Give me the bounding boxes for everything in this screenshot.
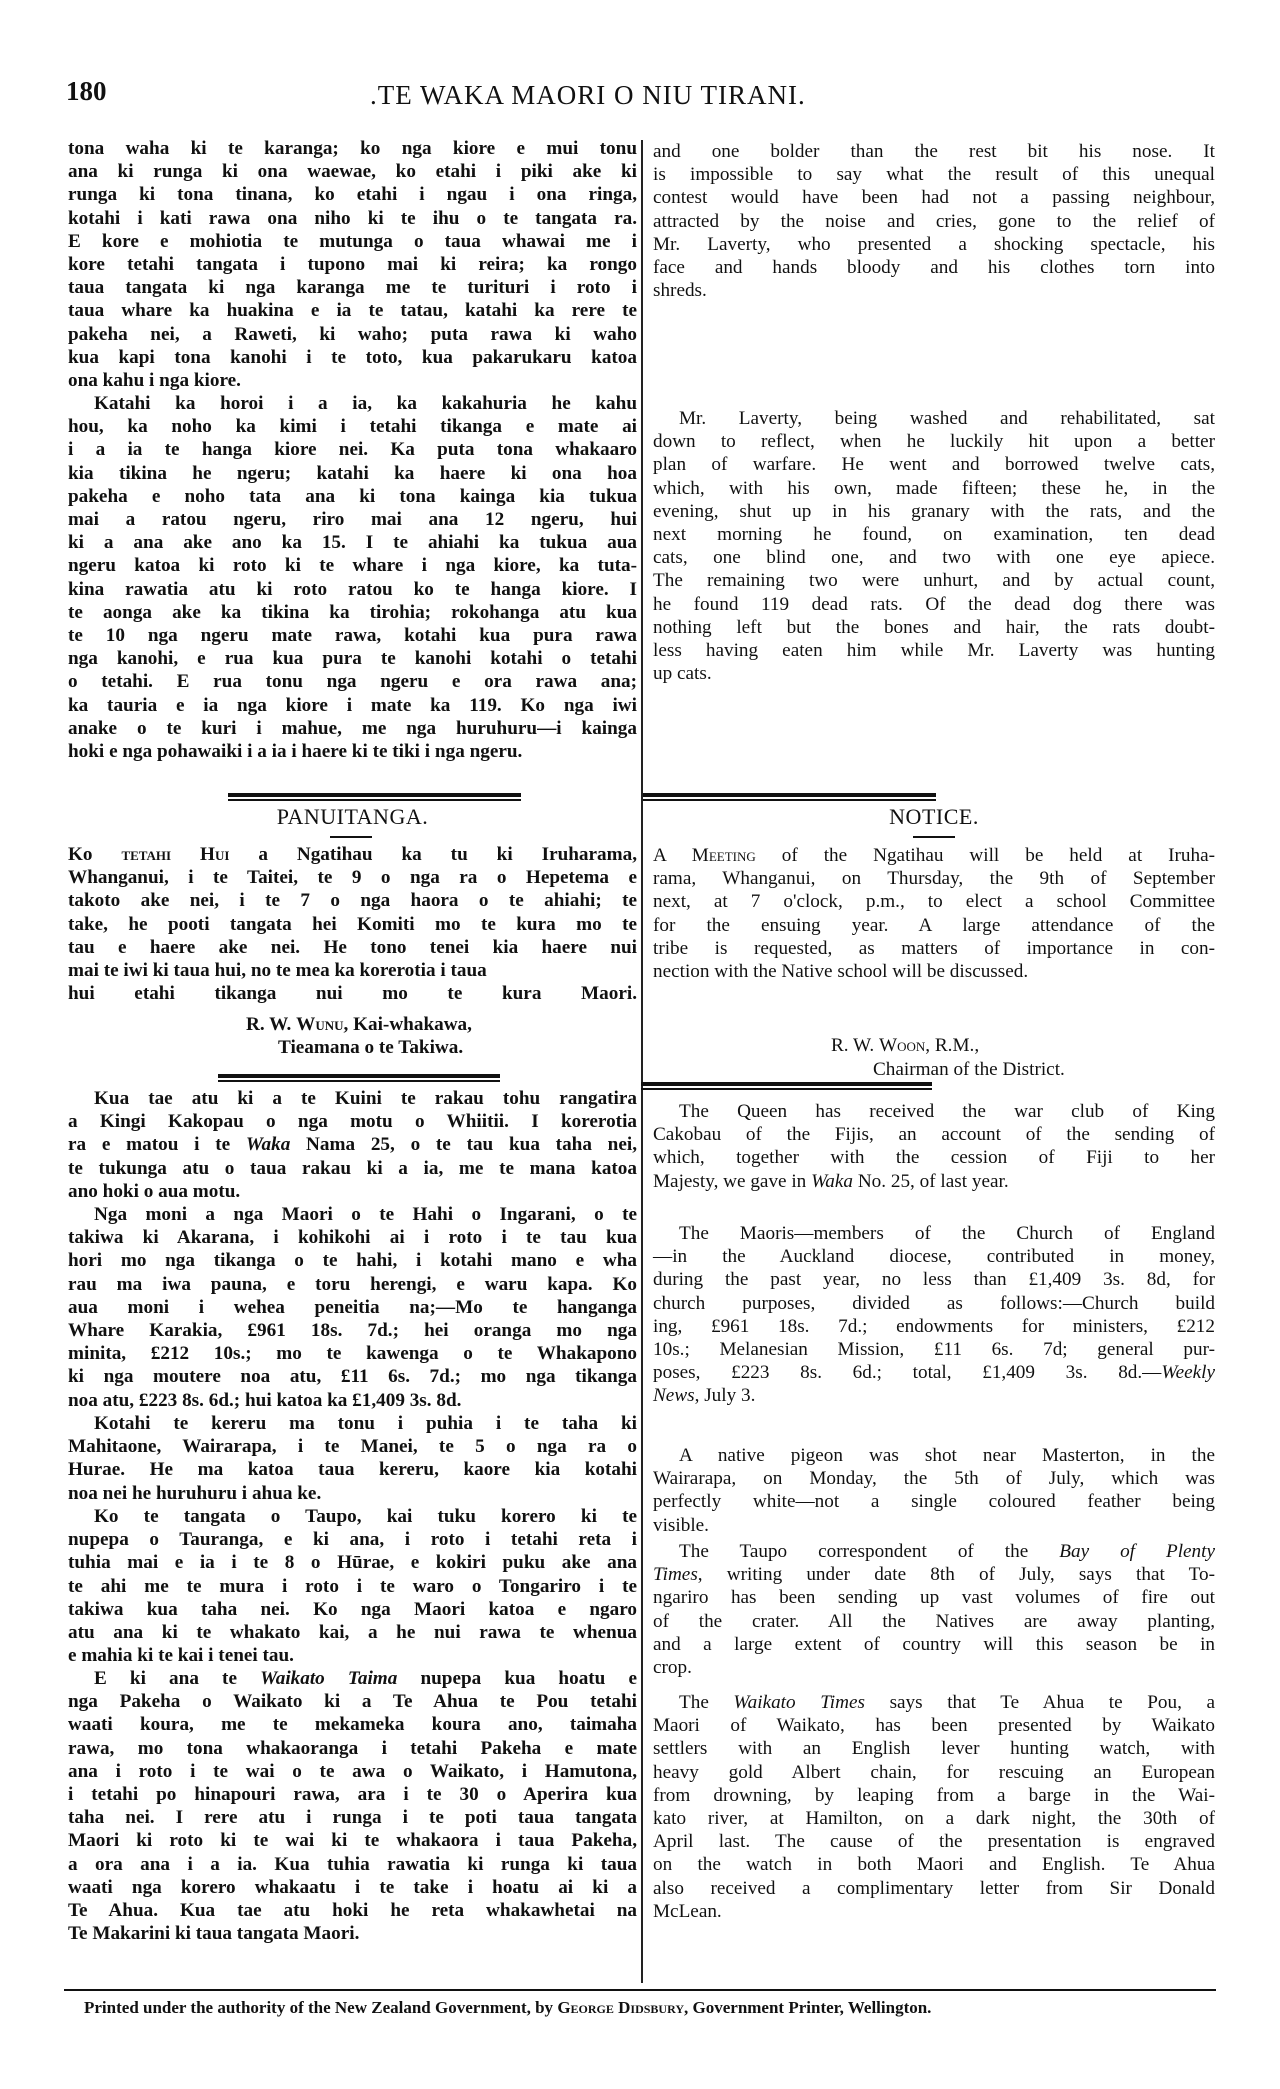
text-line: Mr. Laverty, who presented a shocking sp… <box>653 233 1215 256</box>
text-line: Te Makarini ki taua tangata Maori. <box>68 1922 637 1945</box>
text-line: up cats. <box>653 662 1215 685</box>
text-line: taua tangata ki nga karanga me te turitu… <box>68 276 637 299</box>
text-line: The Queen has received the war club of K… <box>653 1100 1215 1123</box>
maori-story-continued: tona waha ki te karanga; ko nga kiore e … <box>68 137 637 763</box>
text-line: Wairarapa, on Monday, the 5th of July, w… <box>653 1467 1215 1490</box>
lead-word: A <box>653 845 666 866</box>
notice-line: a Ngatihau ka tu ki Iruharama, <box>229 844 637 865</box>
text-line: tau e haere ake nei. He tono tenei kia h… <box>68 936 637 959</box>
sig-role: , R.M., <box>925 1035 979 1056</box>
text-line: ki nga moutere noa atu, £11 6s. 7d.; mo … <box>68 1365 637 1388</box>
news-moni: Nga moni a nga Maori o te Hahi o Ingaran… <box>68 1203 637 1412</box>
panuitanga-notice: Ko tetahi Hui a Ngatihau ka tu ki Iruhar… <box>68 843 637 1005</box>
section-rule <box>643 793 936 801</box>
printer-footer: Printed under the authority of the New Z… <box>84 1998 931 2018</box>
text-line: rawa, mo tona whakaoranga i tetahi Pakeh… <box>68 1737 637 1760</box>
text-line: ana ki runga ki ona waewae, ko etahi i p… <box>68 160 637 183</box>
text-line: Whanganui, i te Taitei, te 9 o nga ra o … <box>68 866 637 889</box>
text-line: Mahitaone, Wairarapa, i te Manei, te 5 o… <box>68 1435 637 1458</box>
text-line: Times, writing under date 8th of July, s… <box>653 1563 1215 1586</box>
text-line: a Kingi Kakopau o nga motu o Whiitii. I … <box>68 1110 637 1133</box>
text-line: taha nei. I rere atu i runga i te poti t… <box>68 1806 637 1829</box>
text-line: plan of warfare. He went and borrowed tw… <box>653 453 1215 476</box>
text-line: ka tauria e ia nga kiore i mate ka 119. … <box>68 694 637 717</box>
notice-signature: R. W. Woon, R.M., <box>831 1034 979 1057</box>
text-line: kua kapi tona kanohi i te toto, kua paka… <box>68 346 637 369</box>
printer-name: George Didsbury <box>557 1998 684 2017</box>
text-line: takoto ake nei, i te 7 o nga haora o te … <box>68 889 637 912</box>
notice-lines: rama, Whanganui, on Thursday, the 9th of… <box>653 867 1215 983</box>
text-line: Maori of Waikato, has been presented by … <box>653 1714 1215 1737</box>
text-line: rau ma iwa pauna, e toru herengi, e waru… <box>68 1273 637 1296</box>
text-line: pakeha e noho tata ana ki tona kainga ki… <box>68 485 637 508</box>
notice-line: of the Ngatihau will be held at Iruha- <box>756 845 1215 866</box>
text-line: takiwa ki Akarana, i kohikohi ai i roto … <box>68 1226 637 1249</box>
text-line: tona waha ki te karanga; ko nga kiore e … <box>68 137 637 160</box>
text-line: from drowning, by leaping from a barge i… <box>653 1784 1215 1807</box>
section-rule <box>641 1082 932 1090</box>
text-line: nection with the Native school will be d… <box>653 960 1215 983</box>
text-line: a ora ana i a ia. Kua tuhia rawatia ki r… <box>68 1853 637 1876</box>
text-line: taua whare ka huakina e ia te tatau, kat… <box>68 299 637 322</box>
text-line: E ki ana te Waikato Taima nupepa kua hoa… <box>68 1667 637 1690</box>
text-line: runga ki tona tinana, ko etahi i ngau i … <box>68 183 637 206</box>
text-line: and a large extent of country will this … <box>653 1633 1215 1656</box>
text-line: A native pigeon was shot near Masterton,… <box>653 1444 1215 1467</box>
text-line: o tetahi. E rua tonu nga ngeru e ora raw… <box>68 670 637 693</box>
text-line: Cakobau of the Fijis, an account of the … <box>653 1123 1215 1146</box>
text-line: waati nga korero whakaatu i te take i ho… <box>68 1876 637 1899</box>
text-line: hori mo nga tikanga o te hahi, i kotahi … <box>68 1249 637 1272</box>
text-line: rama, Whanganui, on Thursday, the 9th of… <box>653 867 1215 890</box>
text-line: ana i roto i te wai o te awa o Waikato, … <box>68 1760 637 1783</box>
text-line: mai te iwi ki taua hui, no te mea ka kor… <box>68 959 637 982</box>
text-line: Mr. Laverty, being washed and rehabilita… <box>653 407 1215 430</box>
text-line: pakeha nei, a Raweti, ki waho; puta rawa… <box>68 323 637 346</box>
text-line: settlers with an English lever hunting w… <box>653 1737 1215 1760</box>
text-line: minita, £212 10s.; mo te kawenga o te Wh… <box>68 1342 637 1365</box>
panuitanga-signature-title: Tieamana o te Takiwa. <box>278 1036 463 1059</box>
heading-underline <box>913 836 955 838</box>
text-line: heavy gold Albert chain, for rescuing an… <box>653 1761 1215 1784</box>
text-line: April last. The cause of the presentatio… <box>653 1830 1215 1853</box>
text-line: kore tetahi tangata i tupono mai ki reir… <box>68 253 637 276</box>
text-line: also received a complimentary letter fro… <box>653 1877 1215 1900</box>
text-line: te ahi me te mura i roto i te waro o Ton… <box>68 1575 637 1598</box>
text-line: News, July 3. <box>653 1384 1215 1407</box>
text-line: kotahi i kati rawa ona niho ki te ihu o … <box>68 207 637 230</box>
text-line: The Taupo correspondent of the Bay of Pl… <box>653 1540 1215 1563</box>
footer-rule <box>64 1989 1216 1991</box>
footer-text: Printed under the authority of the New Z… <box>84 1998 557 2017</box>
notice-first-line: Ko tetahi Hui a Ngatihau ka tu ki Iruhar… <box>68 843 637 866</box>
news-pigeon: A native pigeon was shot near Masterton,… <box>653 1444 1215 1537</box>
news-maoris: The Maoris—members of the Church of Engl… <box>653 1222 1215 1408</box>
panuitanga-heading: PANUITANGA. <box>68 805 637 828</box>
text-line: Majesty, we gave in Waka No. 25, of last… <box>653 1170 1215 1193</box>
text-line: cats, one blind one, and two with one ey… <box>653 546 1215 569</box>
text-line: E kore e mohiotia te mutunga o taua whaw… <box>68 230 637 253</box>
text-line: te tukunga atu o taua rakau ki a ia, me … <box>68 1157 637 1180</box>
text-line: of the crater. All the Natives are away … <box>653 1610 1215 1633</box>
text-line: take, he pooti tangata hei Komiti mo te … <box>68 913 637 936</box>
text-line: Katahi ka horoi i a ia, ka kakahuria he … <box>68 392 637 415</box>
notice-first-line: A Meeting of the Ngatihau will be held a… <box>653 844 1215 867</box>
text-line: visible. <box>653 1514 1215 1537</box>
masthead-title: .TE WAKA MAORI O NIU TIRANI. <box>370 80 806 111</box>
text-line: tuhia mai e ia i te 8 o Hūrae, e kokiri … <box>68 1551 637 1574</box>
text-line: hui etahi tikanga nui mo te kura Maori. <box>68 982 637 1005</box>
text-line: aua moni i wehea peneitia na;—Mo te hang… <box>68 1296 637 1319</box>
text-line: is impossible to say what the result of … <box>653 163 1215 186</box>
text-line: next, at 7 o'clock, p.m., to elect a sch… <box>653 890 1215 913</box>
text-line: Kotahi te kereru ma tonu i puhia i te ta… <box>68 1412 637 1435</box>
text-line: noa atu, £223 8s. 6d.; hui katoa ka £1,4… <box>68 1389 637 1412</box>
text-line: 10s.; Melanesian Mission, £11 6s. 7d; ge… <box>653 1338 1215 1361</box>
text-line: ano hoki o aua motu. <box>68 1180 637 1203</box>
sig-name: Wunu <box>296 1014 343 1035</box>
sig-prefix: R. W. <box>246 1014 291 1035</box>
text-line: on the watch in both Maori and English. … <box>653 1853 1215 1876</box>
lead-smallcaps: tetahi <box>121 844 171 865</box>
text-line: e mahia ki te kai i tenei tau. <box>68 1644 637 1667</box>
text-line: evening, shut up in his granary with the… <box>653 500 1215 523</box>
text-line: which, together with the cession of Fiji… <box>653 1146 1215 1169</box>
text-line: perfectly white—not a single coloured fe… <box>653 1490 1215 1513</box>
text-line: and one bolder than the rest bit his nos… <box>653 140 1215 163</box>
text-line: hoki e nga pohawaiki i a ia i haere ki t… <box>68 740 637 763</box>
lead-smallcaps: Meeting <box>692 845 756 866</box>
text-line: hou, ka noho ka kimi i tetahi tikanga e … <box>68 415 637 438</box>
text-line: during the past year, no less than £1,40… <box>653 1268 1215 1291</box>
text-line: ing, £961 18s. 7d.; endowments for minis… <box>653 1315 1215 1338</box>
section-rule <box>218 1074 500 1082</box>
text-line: tribe is requested, as matters of import… <box>653 937 1215 960</box>
text-line: for the ensuing year. A large attendance… <box>653 914 1215 937</box>
text-line: attracted by the noise and cries, gone t… <box>653 210 1215 233</box>
text-line: noa nei he huruhuru i ahua ke. <box>68 1482 637 1505</box>
news-taupo-en: The Taupo correspondent of the Bay of Pl… <box>653 1540 1215 1679</box>
footer-text-end: , Government Printer, Wellington. <box>684 1998 931 2017</box>
text-line: nupepa o Tauranga, e ki ana, i roto i te… <box>68 1528 637 1551</box>
text-line: i tetahi po hinapouri rawa, ara i te 30 … <box>68 1783 637 1806</box>
lead-word: Ko <box>68 844 93 865</box>
text-line: ra e matou i te Waka Nama 25, o te tau k… <box>68 1133 637 1156</box>
text-line: church purposes, divided as follows:—Chu… <box>653 1292 1215 1315</box>
section-rule <box>228 793 521 801</box>
text-line: McLean. <box>653 1900 1215 1923</box>
text-line: nga kanohi, e rua kua pura te kanohi kot… <box>68 647 637 670</box>
notice-heading: NOTICE. <box>653 805 1215 828</box>
text-line: Te Ahua. Kua tae atu hoki he reta whakaw… <box>68 1899 637 1922</box>
text-line: ki a ana ake ano ka 15. I te ahiahi ka t… <box>68 531 637 554</box>
lead-smallcaps-2: Hui <box>200 844 229 865</box>
panuitanga-signature: R. W. Wunu, Kai-whakawa, <box>246 1013 472 1036</box>
text-line: i a ia te hanga kiore nei. Ka puta tona … <box>68 438 637 461</box>
news-waikato-en: The Waikato Times says that Te Ahua te P… <box>653 1691 1215 1923</box>
text-line: poses, £223 8s. 6d.; total, £1,409 3s. 8… <box>653 1361 1215 1384</box>
text-line: takiwa kua taha nei. Ko nga Maori katoa … <box>68 1598 637 1621</box>
text-line: Maori ki roto ki te wai ki te whakaora i… <box>68 1829 637 1852</box>
text-line: atu ana ki te whakato kai, a he nui rawa… <box>68 1621 637 1644</box>
text-line: less having eaten him while Mr. Laverty … <box>653 639 1215 662</box>
news-taupo: Ko te tangata o Taupo, kai tuku korero k… <box>68 1505 637 1667</box>
text-line: face and hands bloody and his clothes to… <box>653 256 1215 279</box>
text-line: te 10 nga ngeru mate rawa, kotahi kua pu… <box>68 624 637 647</box>
news-kereru: Kotahi te kereru ma tonu i puhia i te ta… <box>68 1412 637 1505</box>
text-line: Whare Karakia, £961 18s. 7d.; hei oranga… <box>68 1319 637 1342</box>
text-line: waati koura, me te mekameka koura ano, t… <box>68 1713 637 1736</box>
text-line: te aonga ake ka tikina ka tirohia; rokoh… <box>68 601 637 624</box>
text-line: ngeru katoa ki roto ki te whare i nga ki… <box>68 554 637 577</box>
text-line: kato river, at Hamilton, on a dark night… <box>653 1807 1215 1830</box>
text-line: he found 119 dead rats. Of the dead dog … <box>653 593 1215 616</box>
text-line: anake o te kuri i mahue, me nga huruhuru… <box>68 717 637 740</box>
text-line: The remaining two were unhurt, and by ac… <box>653 569 1215 592</box>
text-line: kina rawatia atu ki roto ratou ko te han… <box>68 578 637 601</box>
sig-role: , Kai-whakawa, <box>343 1014 471 1035</box>
text-line: Ko te tangata o Taupo, kai tuku korero k… <box>68 1505 637 1528</box>
text-line: Hurae. He ma katoa taua kereru, kaore ki… <box>68 1458 637 1481</box>
text-line: The Maoris—members of the Church of Engl… <box>653 1222 1215 1245</box>
text-line: which, with his own, made fifteen; these… <box>653 477 1215 500</box>
text-line: contest would have been had not a passin… <box>653 186 1215 209</box>
news-kuini: Kua tae atu ki a te Kuini te rakau tohu … <box>68 1087 637 1203</box>
english-story-continued: and one bolder than the rest bit his nos… <box>653 140 1215 302</box>
text-line: nga Pakeha o Waikato ki a Te Ahua te Pou… <box>68 1690 637 1713</box>
text-line: shreds. <box>653 279 1215 302</box>
sig-prefix: R. W. <box>831 1035 874 1056</box>
heading-underline <box>330 836 372 838</box>
column-divider <box>641 140 643 1983</box>
text-line: nothing left but the bones and hair, the… <box>653 616 1215 639</box>
notice-body-en: A Meeting of the Ngatihau will be held a… <box>653 844 1215 983</box>
text-line: crop. <box>653 1656 1215 1679</box>
notice-body: Whanganui, i te Taitei, te 9 o nga ra o … <box>68 866 637 1005</box>
laverty-paragraph: Mr. Laverty, being washed and rehabilita… <box>653 407 1215 685</box>
news-queen: The Queen has received the war club of K… <box>653 1100 1215 1193</box>
text-line: Kua tae atu ki a te Kuini te rakau tohu … <box>68 1087 637 1110</box>
page-number: 180 <box>66 76 107 107</box>
news-waikato: E ki ana te Waikato Taima nupepa kua hoa… <box>68 1667 637 1945</box>
text-line: ona kahu i nga kiore. <box>68 369 637 392</box>
text-line: next morning he found, on examination, t… <box>653 523 1215 546</box>
text-line: down to reflect, when he luckily hit upo… <box>653 430 1215 453</box>
sig-name: Woon <box>879 1035 925 1056</box>
text-line: —in the Auckland diocese, contributed in… <box>653 1245 1215 1268</box>
text-line: kia tikina he ngeru; katahi ka haere ki … <box>68 462 637 485</box>
text-line: mai a ratou ngeru, riro mai ana 12 ngeru… <box>68 508 637 531</box>
text-line: Nga moni a nga Maori o te Hahi o Ingaran… <box>68 1203 637 1226</box>
notice-signature-title: Chairman of the District. <box>873 1058 1065 1081</box>
text-line: The Waikato Times says that Te Ahua te P… <box>653 1691 1215 1714</box>
text-line: ngariro has been sending up vast volumes… <box>653 1586 1215 1609</box>
